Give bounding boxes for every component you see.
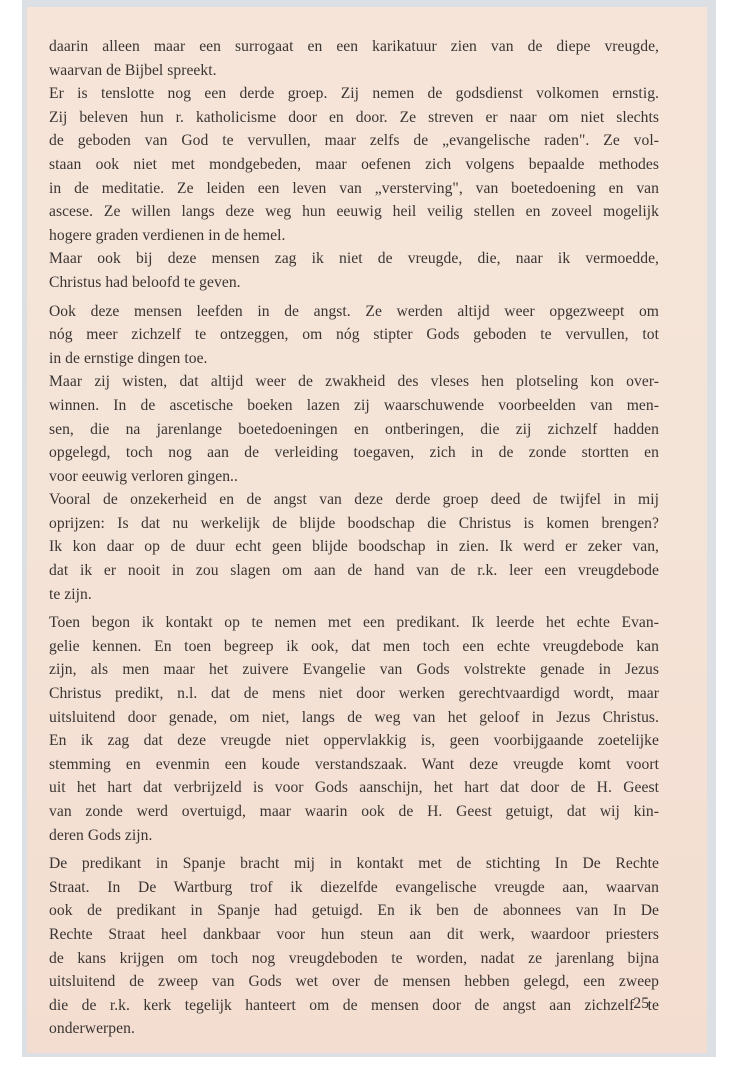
text-line: winnen. In de ascetische boeken lazen zi… — [49, 394, 659, 418]
text-line: zijn, als men maar het zuivere Evangelie… — [49, 658, 659, 682]
text-line: voor eeuwig verloren gingen.. — [49, 465, 659, 489]
text-line: staan ook niet met mondgebeden, maar oef… — [49, 153, 659, 177]
text-line: Vooral de onzekerheid en de angst van de… — [49, 488, 659, 512]
book-page: daarin alleen maar een surrogaat en een … — [27, 7, 707, 1053]
text-line: deren Gods zijn. — [49, 824, 659, 848]
text-line: ook de predikant in Spanje had getuigd. … — [49, 899, 659, 923]
text-line: stemming en evenmin een koude verstandsz… — [49, 753, 659, 777]
text-line: waarvan de Bijbel spreekt. — [49, 59, 659, 83]
paragraph: Er is tenslotte nog een derde groep. Zij… — [49, 82, 659, 247]
text-line: uit het hart dat verbrijzeld is voor God… — [49, 776, 659, 800]
text-line: En ik zag dat deze vreugde niet oppervla… — [49, 729, 659, 753]
text-line: van zonde werd overtuigd, maar waarin oo… — [49, 800, 659, 824]
text-line: hogere graden verdienen in de hemel. — [49, 224, 659, 248]
text-line: die de r.k. kerk tegelijk hanteert om de… — [49, 994, 659, 1018]
text-line: ascese. Ze willen langs deze weg hun eeu… — [49, 200, 659, 224]
page-number: 25 — [633, 995, 649, 1013]
paragraph: Ook deze mensen leefden in de angst. Ze … — [49, 300, 659, 371]
text-line: Er is tenslotte nog een derde groep. Zij… — [49, 82, 659, 106]
paragraph: Maar ook bij deze mensen zag ik niet de … — [49, 247, 659, 294]
text-line: oprijzen: Is dat nu werkelijk de blijde … — [49, 512, 659, 536]
text-line: uitsluitend door genade, om niet, langs … — [49, 706, 659, 730]
text-line: Ook deze mensen leefden in de angst. Ze … — [49, 300, 659, 324]
text-line: Ik kon daar op de duur echt geen blijde … — [49, 535, 659, 559]
text-line: in de ernstige dingen toe. — [49, 347, 659, 371]
text-line: Zij beleven hun r. katholicisme door en … — [49, 106, 659, 130]
text-line: de kans krijgen om toch nog vreugdeboden… — [49, 947, 659, 971]
text-line: Straat. In De Wartburg trof ik diezelfde… — [49, 876, 659, 900]
text-line: nóg meer zichzelf te ontzeggen, om nóg s… — [49, 323, 659, 347]
paragraph: daarin alleen maar een surrogaat en een … — [49, 35, 659, 82]
paragraph: Maar zij wisten, dat altijd weer de zwak… — [49, 370, 659, 488]
text-line: te zijn. — [49, 583, 659, 607]
paragraph: De predikant in Spanje bracht mij in kon… — [49, 852, 659, 1041]
text-line: gelie kennen. En toen begreep ik ook, da… — [49, 635, 659, 659]
text-line: opgelegd, toch nog aan de verleiding toe… — [49, 441, 659, 465]
body-text: daarin alleen maar een surrogaat en een … — [49, 35, 659, 1041]
text-line: Rechte Straat heel dankbaar voor hun ste… — [49, 923, 659, 947]
text-line: De predikant in Spanje bracht mij in kon… — [49, 852, 659, 876]
text-line: Christus predikt, n.l. dat de mens niet … — [49, 682, 659, 706]
text-line: Toen begon ik kontakt op te nemen met ee… — [49, 611, 659, 635]
text-line: dat ik er nooit in zou slagen om aan de … — [49, 559, 659, 583]
text-line: Maar zij wisten, dat altijd weer de zwak… — [49, 370, 659, 394]
paragraph: Toen begon ik kontakt op te nemen met ee… — [49, 611, 659, 847]
text-line: in de meditatie. Ze leiden een leven van… — [49, 177, 659, 201]
text-line: de geboden van God te vervullen, maar ze… — [49, 129, 659, 153]
text-line: sen, die na jarenlange boetedoeningen en… — [49, 418, 659, 442]
paragraph: Vooral de onzekerheid en de angst van de… — [49, 488, 659, 606]
text-line: onderwerpen. — [49, 1017, 659, 1041]
text-line: daarin alleen maar een surrogaat en een … — [49, 35, 659, 59]
text-line: uitsluitend de zweep van Gods wet over d… — [49, 970, 659, 994]
text-line: Christus had beloofd te geven. — [49, 271, 659, 295]
text-line: Maar ook bij deze mensen zag ik niet de … — [49, 247, 659, 271]
